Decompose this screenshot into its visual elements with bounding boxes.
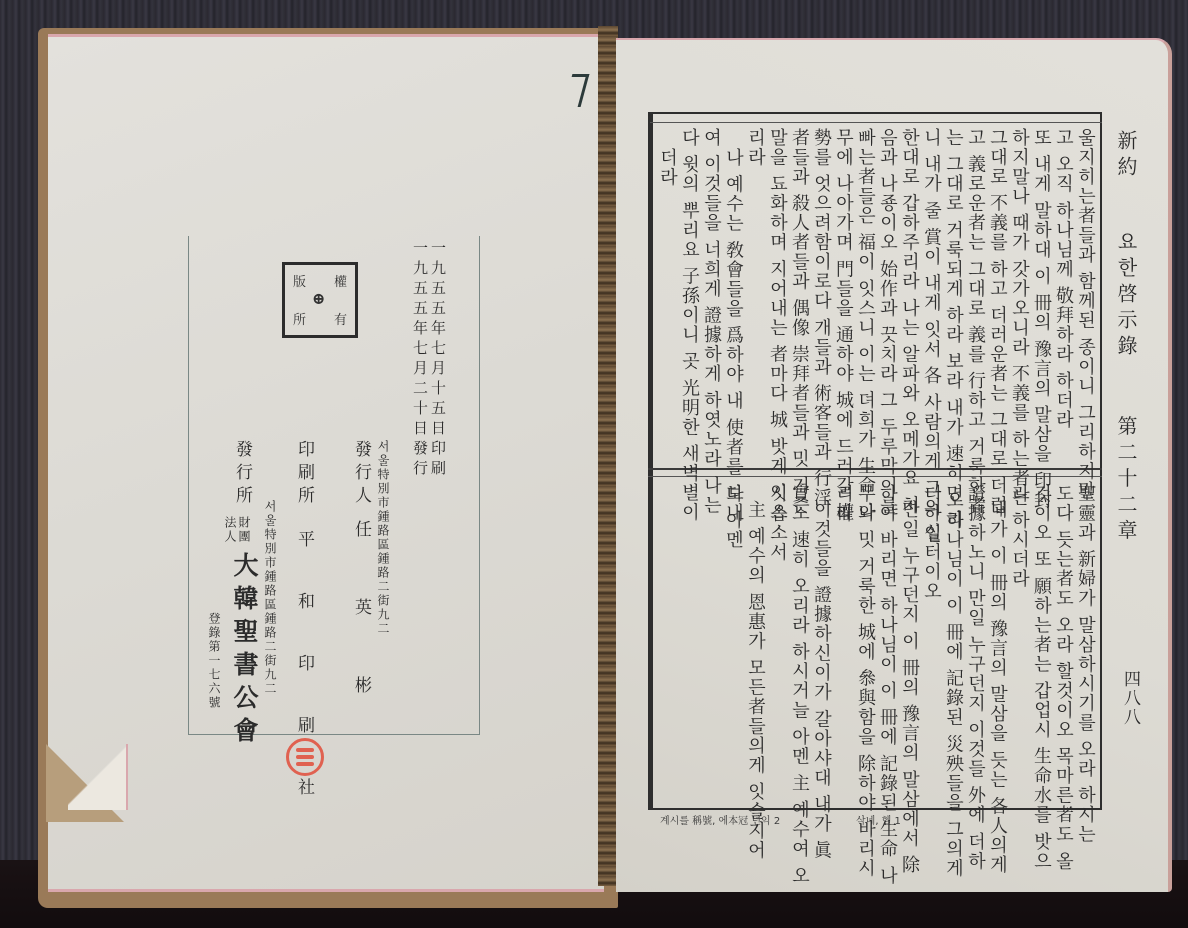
- text-column: 울지히는者들과 함께된 종이니 그리하지말: [1074, 128, 1096, 501]
- footnote-left: 계시를 稱號, 에本冠 넌익 2: [660, 812, 780, 827]
- registration-number: 登錄第一七六號: [206, 612, 223, 710]
- text-column: 도다 듯는者도 오라 할것이오 목마른者도 올: [1052, 484, 1074, 871]
- text-column: 것이오 또 願하는者는 갑업시 生命水를 밧으: [1030, 484, 1052, 871]
- testament-label: 新約: [1114, 130, 1138, 182]
- text-column: 무에 나아가며 門들을 通하야 城에 드러갈 權: [832, 128, 854, 522]
- publisher-name: 任 英 彬: [349, 520, 374, 715]
- text-column: 그대로 不義를 하고 더러운者는 그대로 더럽: [986, 128, 1008, 515]
- text-column: 한대로 갑하주리라 나는 알파와 오메가요 처: [898, 128, 920, 515]
- page-number: 四八八: [1118, 670, 1143, 727]
- text-column: 고 義로운者는 그대로 義를 行하고 거룩한者: [964, 128, 986, 515]
- publishing-house-name: 大韓聖書公會: [226, 552, 262, 750]
- footnote-right: 삭네, 헬 1: [856, 812, 901, 827]
- text-column: 더하실터이오: [920, 484, 942, 601]
- folded-corner-flap: [68, 744, 128, 810]
- text-column: 하지말나 때가 갓가오니라 不義를 하는者는: [1008, 128, 1030, 508]
- text-column: 主 예수의 恩惠가 모든者들의게 잇슬지어: [744, 500, 766, 860]
- publishing-house-address: 서울特別市鍾路區鍾路二街九二: [262, 500, 279, 696]
- printer-label: 印刷所: [292, 440, 317, 509]
- text-column: 聖靈과 新婦가 말삼하시기를 오라 하시는: [1074, 484, 1096, 844]
- text-column: 者들과 殺人者들과 偶像 崇拜者들과 밋 거즛: [788, 128, 810, 515]
- text-column: 음과 나죵이오 始作과 끗치라 그 두루막이를: [876, 128, 898, 515]
- text-column: 다 아멘: [722, 484, 744, 550]
- chapter-label: 第二十二章: [1114, 415, 1138, 545]
- text-column: 다 윗의 뿌리요 子孫이니 곳 光明한 새벽별이: [678, 128, 700, 522]
- text-column: 면 하나님이 이 冊에 記錄된 災殃들을 그의게: [942, 484, 964, 878]
- text-column: 는 그대로 거룩되게 하라 보라 내가 速히 오리: [942, 128, 964, 530]
- header-rule: [650, 122, 1102, 123]
- text-column: 나 예수는 敎會들을 爲하야 내 使者를 보내: [722, 148, 744, 523]
- text-column: 또 내게 말하대 이 冊의 豫言의 말삼을 印封: [1030, 128, 1052, 510]
- publisher-address: 서울特別市鍾路區鍾路二街九二: [375, 440, 392, 636]
- publisher-label: 發行人: [349, 440, 374, 509]
- text-column: 리라: [744, 128, 766, 167]
- book-title: 요한啓示錄: [1114, 231, 1138, 361]
- text-column: 여 이것들을 너희게 證據하게 하엿노라 나는: [700, 128, 722, 515]
- text-column: 證據하노니 만일 누구던지 이것들 外에 더하: [964, 484, 986, 871]
- running-head: 新約 요한啓示錄 第二十二章: [1112, 130, 1141, 545]
- legal-prefix-bottom: 法人: [222, 516, 239, 544]
- red-ownership-seal: [286, 738, 324, 776]
- text-column: 고 오직 하나님께 敬拜하라 하더라: [1052, 128, 1074, 430]
- text-column: 實노 速히 오리라 하시거늘 아멘 主 예수여 오: [788, 484, 810, 886]
- text-column: 니 내가 줄 賞이 내게 잇서 各 사람의게 그의 일: [920, 128, 942, 544]
- text-column: 시옵소서: [766, 484, 788, 562]
- text-column: 빠는者들은 福이 잇스니 이는 뎌희가 生命 나: [854, 128, 876, 522]
- publishing-house-label: 發行所: [230, 440, 255, 509]
- text-column: 라 하시더라: [1008, 484, 1030, 589]
- text-column: 더라: [656, 148, 678, 187]
- text-column: 리라: [832, 484, 854, 523]
- text-column: 내가 이 冊의 豫言의 말삼을 듯는 各人의게: [986, 500, 1008, 875]
- book-spine-binding: [598, 26, 618, 886]
- text-column: 勢를 엇으려함이로다 개들과 術客들과 行淫: [810, 128, 832, 508]
- text-column: 만일 누구던지 이 冊의 豫言의 말삼에서 除: [898, 500, 920, 875]
- text-column: 이것들을 證據하신이가 갈아샤대 내가 眞: [810, 500, 832, 860]
- text-column: 말을 됴화하며 지어내는 者마다 城 밧게 잇스: [766, 128, 788, 522]
